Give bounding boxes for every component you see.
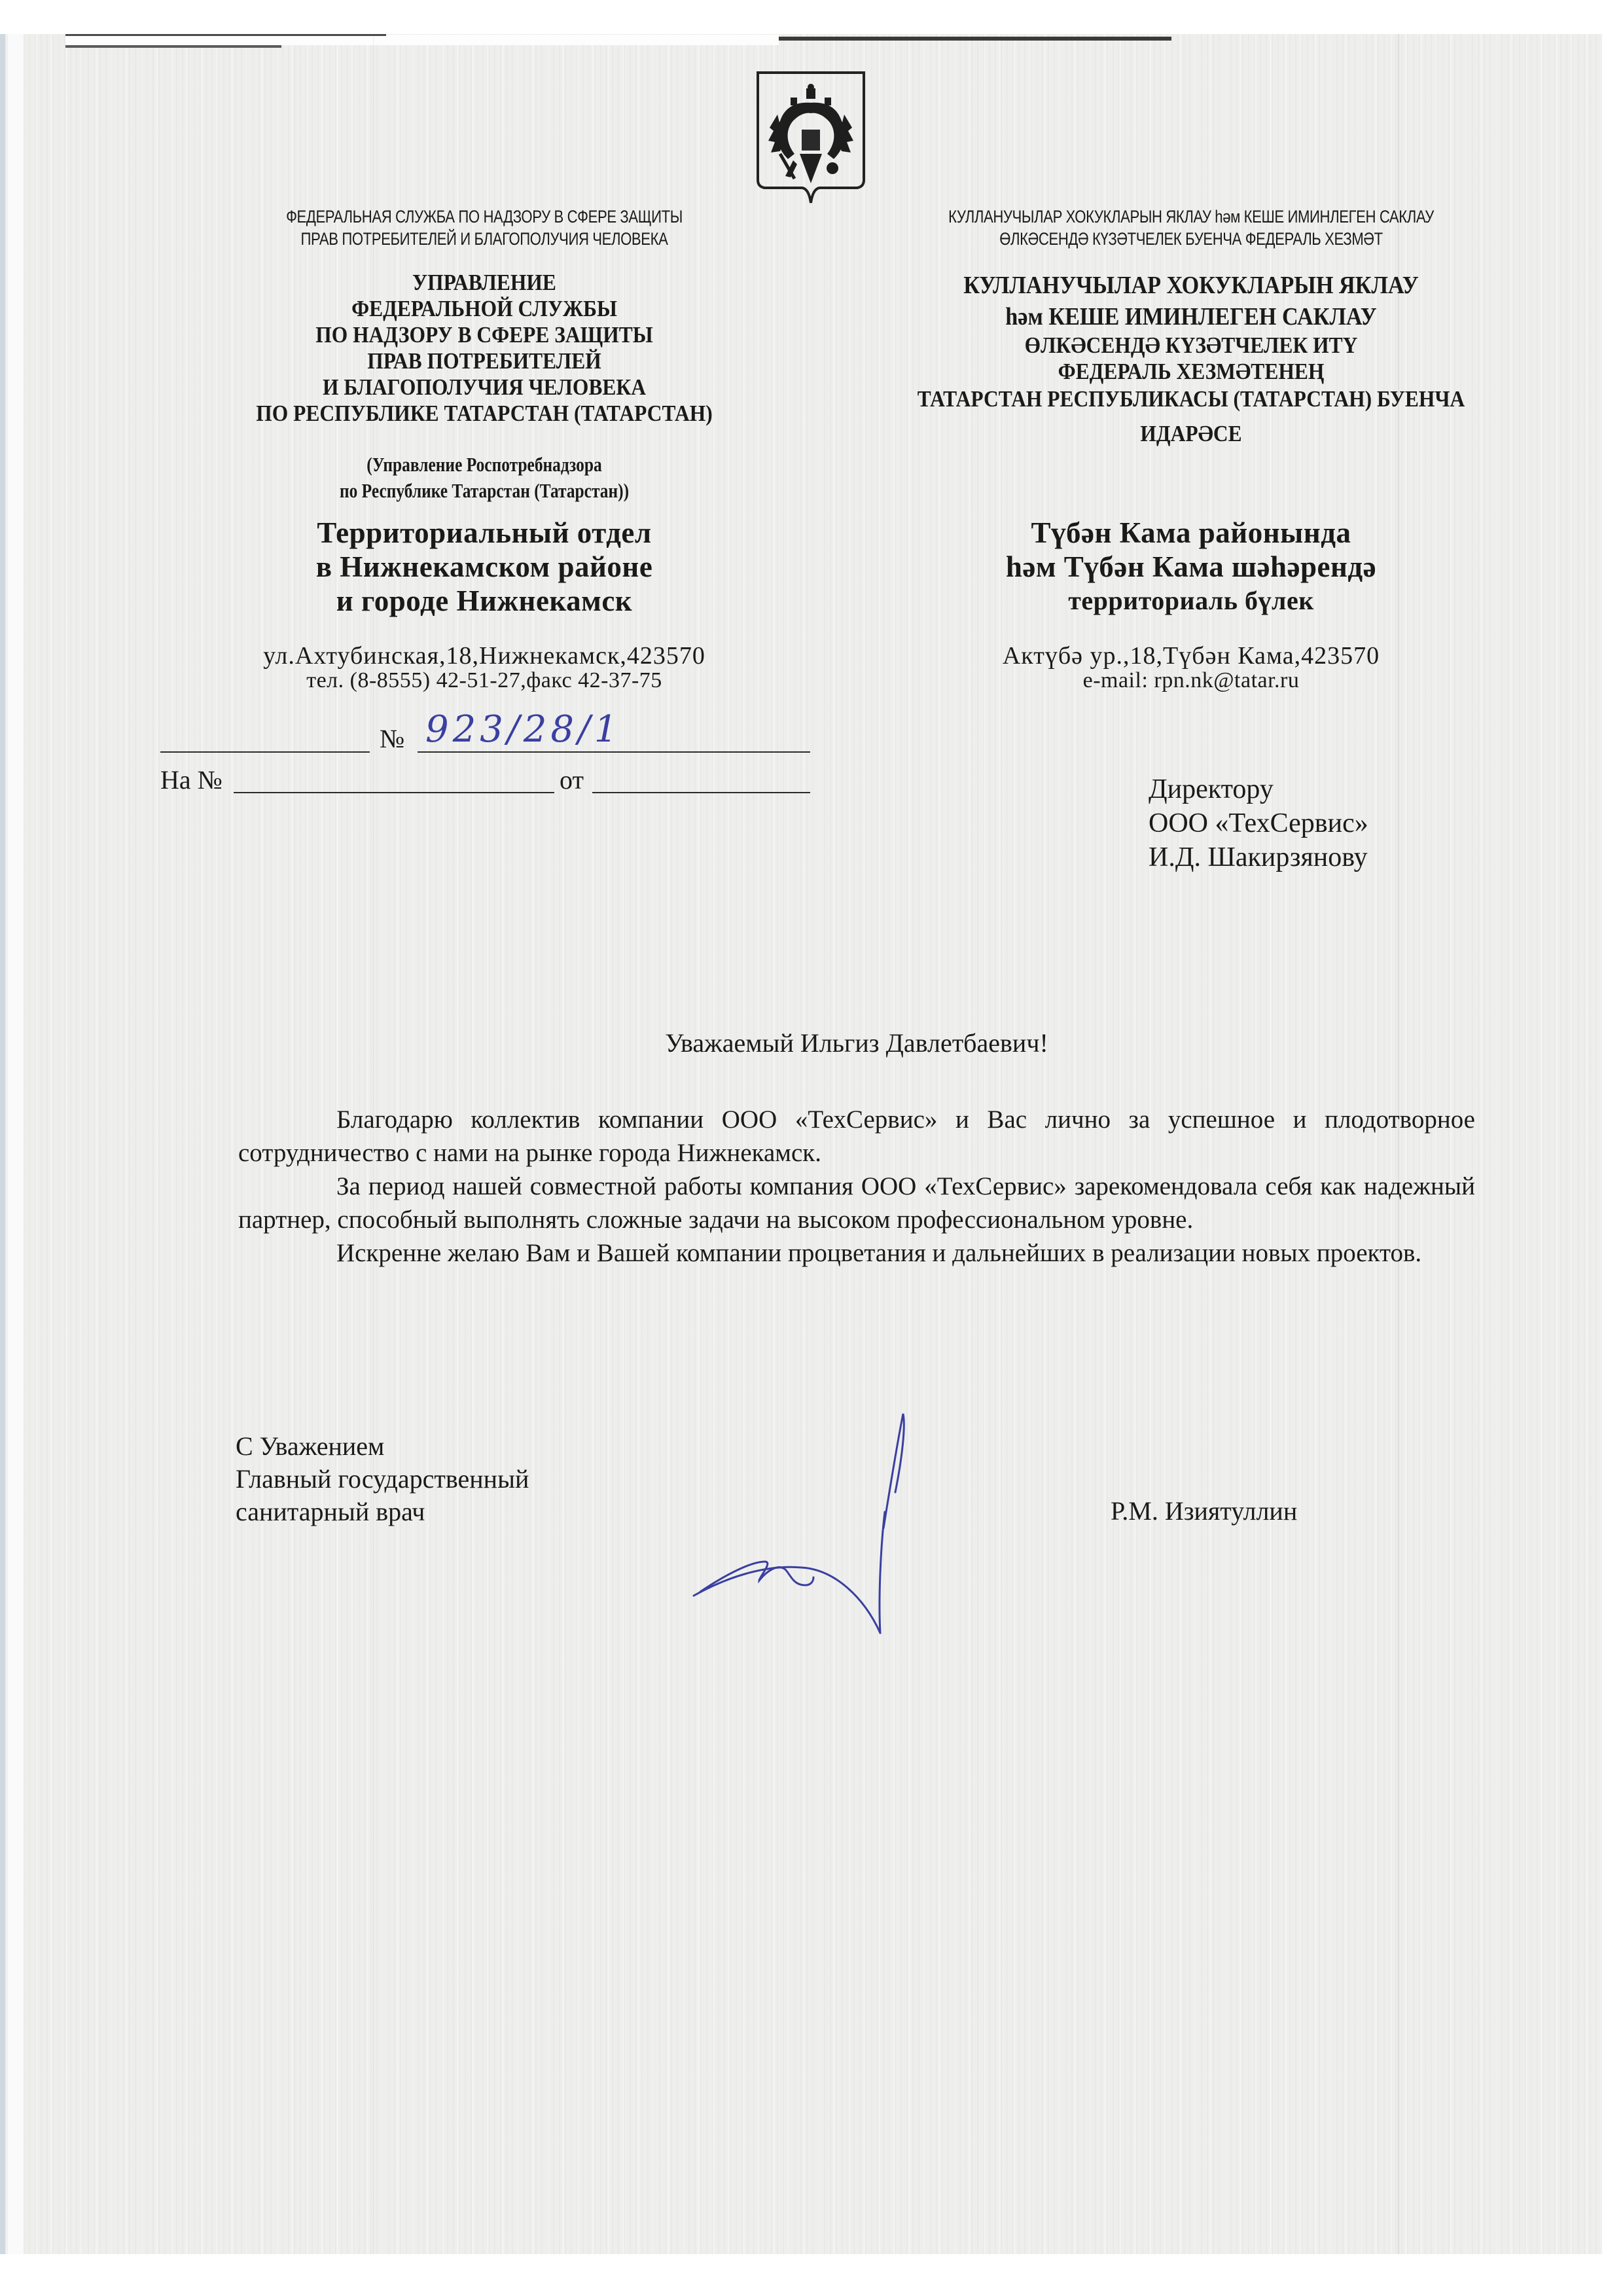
recipient-block: Директору ООО «ТехСервис» И.Д. Шакирзяно… — [1149, 772, 1368, 874]
right-department: Түбән Кама районында һәм Түбән Кама шәһә… — [844, 516, 1538, 618]
reply-number-field-line — [234, 792, 554, 793]
reply-number-label: На № — [160, 764, 223, 795]
number-field-line — [418, 751, 810, 753]
right-agency-name: КУЛЛАНУЧЫЛАР ХОКУКЛАРЫН ЯКЛАУ һәм КЕШЕ И… — [844, 206, 1538, 250]
number-label: № — [380, 723, 404, 754]
handwritten-signature — [687, 1401, 962, 1636]
closing: С Уважением — [236, 1430, 529, 1463]
office-title-line: ФЕДЕРАЛЬНОЙ СЛУЖБЫ — [196, 296, 773, 322]
left-office-title: УПРАВЛЕНИЕ ФЕДЕРАЛЬНОЙ СЛУЖБЫ ПО НАДЗОРУ… — [164, 270, 805, 427]
office-title-line: ПО НАДЗОРУ В СФЕРЕ ЗАЩИТЫ — [196, 322, 773, 348]
date-field-line — [160, 751, 370, 753]
office-title-line: ИДАРӘСЕ — [879, 414, 1503, 454]
position-line: Главный государственный — [236, 1463, 529, 1496]
office-title-line: ӨЛКӘСЕНДӘ КҮЗӘТЧЕЛЕК ИТҮ — [879, 332, 1503, 359]
left-agency-name: ФЕДЕРАЛЬНАЯ СЛУЖБА ПО НАДЗОРУ В СФЕРЕ ЗА… — [164, 206, 805, 250]
department-line: һәм Түбән Кама шәһәрендә — [844, 550, 1538, 584]
scan-edge-line — [779, 37, 1171, 41]
russian-coat-of-arms-icon — [754, 69, 868, 206]
left-office-short-name: (Управление Роспотребнадзора по Республи… — [164, 452, 805, 504]
recipient-position: Директору — [1149, 772, 1368, 806]
scan-top-band — [65, 35, 779, 45]
phone-fax: тел. (8-8555) 42-51-27,факс 42-37-75 — [164, 669, 805, 692]
signature-position-block: С Уважением Главный государственный сани… — [236, 1430, 529, 1528]
paragraph: Благодарю коллектив компании ООО «ТехСер… — [238, 1103, 1475, 1170]
address: ул.Ахтубинская,18,Нижнекамск,423570 — [164, 643, 805, 669]
office-title-line: ПРАВ ПОТРЕБИТЕЛЕЙ — [196, 348, 773, 374]
position-line: санитарный врач — [236, 1496, 529, 1528]
letter-body: Благодарю коллектив компании ООО «ТехСер… — [238, 1103, 1475, 1270]
office-title-line: ПО РЕСПУБЛИКЕ ТАТАРСТАН (ТАТАРСТАН) — [196, 401, 773, 427]
department-line: Территориальный отдел — [164, 516, 805, 550]
handwritten-registration-number: 923/28/1 — [425, 708, 622, 751]
office-title-line: КУЛЛАНУЧЫЛАР ХОКУКЛАРЫН ЯКЛАУ — [879, 270, 1503, 301]
paragraph: За период нашей совместной работы компан… — [238, 1170, 1475, 1236]
department-line: Түбән Кама районында — [844, 516, 1538, 550]
office-short-line: по Республике Татарстан (Татарстан)) — [221, 478, 747, 504]
reply-date-field-line — [592, 792, 810, 793]
office-short-line: (Управление Роспотребнадзора — [221, 452, 747, 478]
office-title-line: ФЕДЕРАЛЬ ХЕЗМӘТЕНЕҢ — [879, 359, 1503, 385]
department-line: и городе Нижнекамск — [164, 584, 805, 618]
reply-date-label: от — [560, 764, 584, 795]
office-title-line: ТАТАРСТАН РЕСПУБЛИКАСЫ (ТАТАРСТАН) БУЕНЧ… — [879, 385, 1503, 414]
agency-line: КУЛЛАНУЧЫЛАР ХОКУКЛАРЫН ЯКЛАУ һәм КЕШЕ И… — [906, 206, 1475, 228]
right-contacts: Актүбә ур.,18,Түбән Кама,423570 e-mail: … — [844, 643, 1538, 692]
recipient-company: ООО «ТехСервис» — [1149, 806, 1368, 840]
department-line: в Нижнекамском районе — [164, 550, 805, 584]
scan-edge-line — [65, 34, 386, 36]
office-title-line: И БЛАГОПОЛУЧИЯ ЧЕЛОВЕКА — [196, 374, 773, 401]
scan-edge-line — [65, 45, 281, 48]
right-office-title: КУЛЛАНУЧЫЛАР ХОКУКЛАРЫН ЯКЛАУ һәм КЕШЕ И… — [844, 270, 1538, 454]
left-department: Территориальный отдел в Нижнекамском рай… — [164, 516, 805, 618]
office-title-line: һәм КЕШЕ ИМИНЛЕГЕН САКЛАУ — [879, 301, 1503, 332]
paragraph: Искренне желаю Вам и Вашей компании проц… — [238, 1236, 1475, 1270]
department-line: территориаль бүлек — [844, 584, 1538, 618]
agency-line: ФЕДЕРАЛЬНАЯ СЛУЖБА ПО НАДЗОРУ В СФЕРЕ ЗА… — [221, 206, 747, 228]
agency-line: ӨЛКӘСЕНДӘ КҮЗӘТЧЕЛЕК БУЕНЧА ФЕДЕРАЛЬ ХЕЗ… — [906, 228, 1475, 250]
greeting: Уважаемый Ильгиз Давлетбаевич! — [238, 1028, 1475, 1058]
signatory-name: Р.М. Изиятуллин — [1111, 1496, 1297, 1526]
left-contacts: ул.Ахтубинская,18,Нижнекамск,423570 тел.… — [164, 643, 805, 692]
recipient-name: И.Д. Шакирзянову — [1149, 840, 1368, 874]
agency-line: ПРАВ ПОТРЕБИТЕЛЕЙ И БЛАГОПОЛУЧИЯ ЧЕЛОВЕК… — [221, 228, 747, 250]
office-title-line: УПРАВЛЕНИЕ — [196, 270, 773, 296]
email: e-mail: rpn.nk@tatar.ru — [844, 669, 1538, 692]
scan-margin — [8, 34, 24, 2254]
address: Актүбә ур.,18,Түбән Кама,423570 — [844, 643, 1538, 669]
